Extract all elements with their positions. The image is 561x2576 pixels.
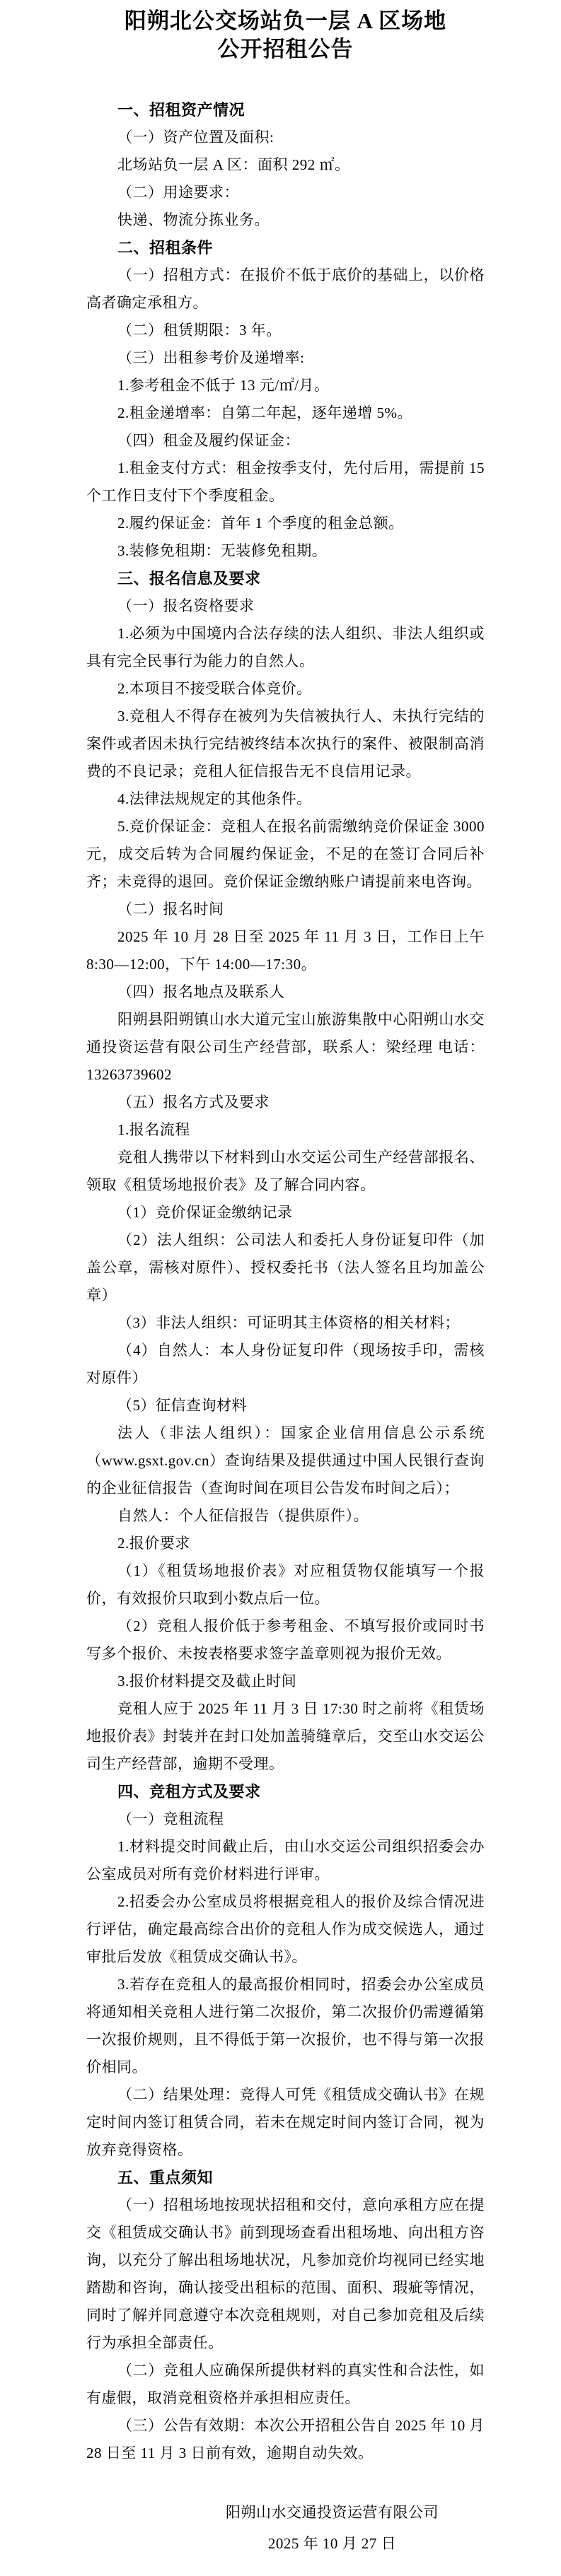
section-heading: 二、招租条件	[86, 234, 485, 262]
paragraph: （二）用途要求：	[86, 179, 485, 206]
paragraph: （1）竞价保证金缴纳记录	[86, 1199, 485, 1226]
paragraph: 3.装修免租期：无装修免租期。	[86, 537, 485, 565]
section-heading: 一、招租资产情况	[86, 96, 485, 124]
paragraph: 自然人：个人征信报告（提供原件）。	[86, 1502, 485, 1530]
paragraph: 阳朔县阳朔镇山水大道元宝山旅游集散中心阳朔山水交通投资运营有限公司生产经营部，联…	[86, 1006, 485, 1089]
signature-company: 阳朔山水交通投资运营有限公司	[133, 2497, 531, 2528]
section-heading: 五、重点须知	[86, 2164, 485, 2191]
document-title-line1: 阳朔北公交场站负一层 A 区场地	[86, 7, 485, 35]
paragraph: 快递、物流分拣业务。	[86, 206, 485, 234]
signature-date: 2025 年 10 月 27 日	[133, 2528, 531, 2559]
paragraph: 2.报价要求	[86, 1530, 485, 1557]
paragraph: （一）竞租流程	[86, 1805, 485, 1833]
paragraph: 2025 年 10 月 28 日至 2025 年 11 月 3 日，工作日上午 …	[86, 923, 485, 978]
paragraph: （二）租赁期限：3 年。	[86, 317, 485, 344]
paragraph: 1.必须为中国境内合法存续的法人组织、非法人组织或具有完全民事行为能力的自然人。	[86, 620, 485, 675]
paragraph: 3.报价材料提交及截止时间	[86, 1668, 485, 1695]
paragraph: （一）招租场地按现状招租和交付，意向承租方应在提交《租赁成交确认书》前到现场查看…	[86, 2191, 485, 2357]
section-heading: 四、竞租方式及要求	[86, 1778, 485, 1805]
paragraph: （2）法人组织：公司法人和委托人身份证复印件（加盖公章，需核对原件）、授权委托书…	[86, 1226, 485, 1309]
document-page: 阳朔北公交场站负一层 A 区场地 公开招租公告 一、招租资产情况（一）资产位置及…	[0, 0, 561, 2576]
paragraph: 北场站负一层 A 区：面积 292 ㎡。	[86, 151, 485, 179]
paragraph: 2.履约保证金：首年 1 个季度的租金总额。	[86, 510, 485, 537]
paragraph: （三）公告有效期：本次公开招租公告自 2025 年 10 月 28 日至 11 …	[86, 2412, 485, 2467]
paragraph: （4）自然人：本人身份证复印件（现场按手印，需核对原件）	[86, 1337, 485, 1392]
paragraph: （二）竞租人应确保所提供材料的真实性和合法性，如有虚假，取消竞租资格并承担相应责…	[86, 2357, 485, 2412]
paragraph: 竞租人携带以下材料到山水交运公司生产经营部报名、领取《租赁场地报价表》及了解合同…	[86, 1144, 485, 1199]
paragraph: （四）租金及履约保证金：	[86, 427, 485, 455]
paragraph: （2）竞租人报价低于参考租金、不填写报价或同时书写多个报价、未按表格要求签字盖章…	[86, 1612, 485, 1668]
paragraph: （3）非法人组织：可证明其主体资格的相关材料；	[86, 1309, 485, 1337]
paragraph: 2.租金递增率：自第二年起，逐年递增 5%。	[86, 399, 485, 427]
document-title-line2: 公开招租公告	[86, 35, 485, 64]
paragraph: 3.竞租人不得存在被列为失信被执行人、未执行完结的案件或者因未执行完结被终结本次…	[86, 703, 485, 785]
document-body: 一、招租资产情况（一）资产位置及面积:北场站负一层 A 区：面积 292 ㎡。（…	[86, 96, 485, 2467]
paragraph: 2.本项目不接受联合体竞价。	[86, 675, 485, 703]
paragraph: 1.参考租金不低于 13 元/㎡/月。	[86, 372, 485, 399]
paragraph: 4.法律法规规定的其他条件。	[86, 785, 485, 813]
paragraph: （一）资产位置及面积:	[86, 124, 485, 151]
paragraph: 1.材料提交时间截止后，由山水交运公司组织招委会办公室成员对所有竞价材料进行评审…	[86, 1833, 485, 1888]
paragraph: 5.竞价保证金：竞租人在报名前需缴纳竞价保证金 3000 元，成交后转为合同履约…	[86, 813, 485, 896]
paragraph: （五）报名方式及要求	[86, 1089, 485, 1116]
section-heading: 三、报名信息及要求	[86, 565, 485, 592]
paragraph: （一）招租方式：在报价不低于底价的基础上，以价格高者确定承租方。	[86, 262, 485, 317]
document-title: 阳朔北公交场站负一层 A 区场地 公开招租公告	[86, 7, 485, 64]
signature-block: 阳朔山水交通投资运营有限公司 2025 年 10 月 27 日	[133, 2497, 531, 2559]
paragraph: （1）《租赁场地报价表》对应租赁物仅能填写一个报价，有效报价只取到小数点后一位。	[86, 1557, 485, 1612]
paragraph: 法人（非法人组织）：国家企业信用信息公示系统（www.gsxt.gov.cn）查…	[86, 1419, 485, 1502]
paragraph: 竞租人应于 2025 年 11 月 3 日 17:30 时之前将《租赁场地报价表…	[86, 1695, 485, 1778]
paragraph: （四）报名地点及联系人	[86, 978, 485, 1006]
paragraph: 3.若存在竞租人的最高报价相同时，招委会办公室成员将通知相关竞租人进行第二次报价…	[86, 1971, 485, 2081]
paragraph: （5）征信查询材料	[86, 1392, 485, 1419]
paragraph: （二）结果处理：竞得人可凭《租赁成交确认书》在规定时间内签订租赁合同，若未在规定…	[86, 2081, 485, 2164]
paragraph: 1.报名流程	[86, 1116, 485, 1144]
paragraph: （二）报名时间	[86, 896, 485, 923]
paragraph: 1.租金支付方式：租金按季支付，先付后用，需提前 15 个工作日支付下个季度租金…	[86, 455, 485, 510]
paragraph: （一）报名资格要求	[86, 592, 485, 620]
paragraph: （三）出租参考价及递增率:	[86, 344, 485, 372]
paragraph: 2.招委会办公室成员将根据竞租人的报价及综合情况进行评估，确定最高综合出价的竞租…	[86, 1888, 485, 1971]
